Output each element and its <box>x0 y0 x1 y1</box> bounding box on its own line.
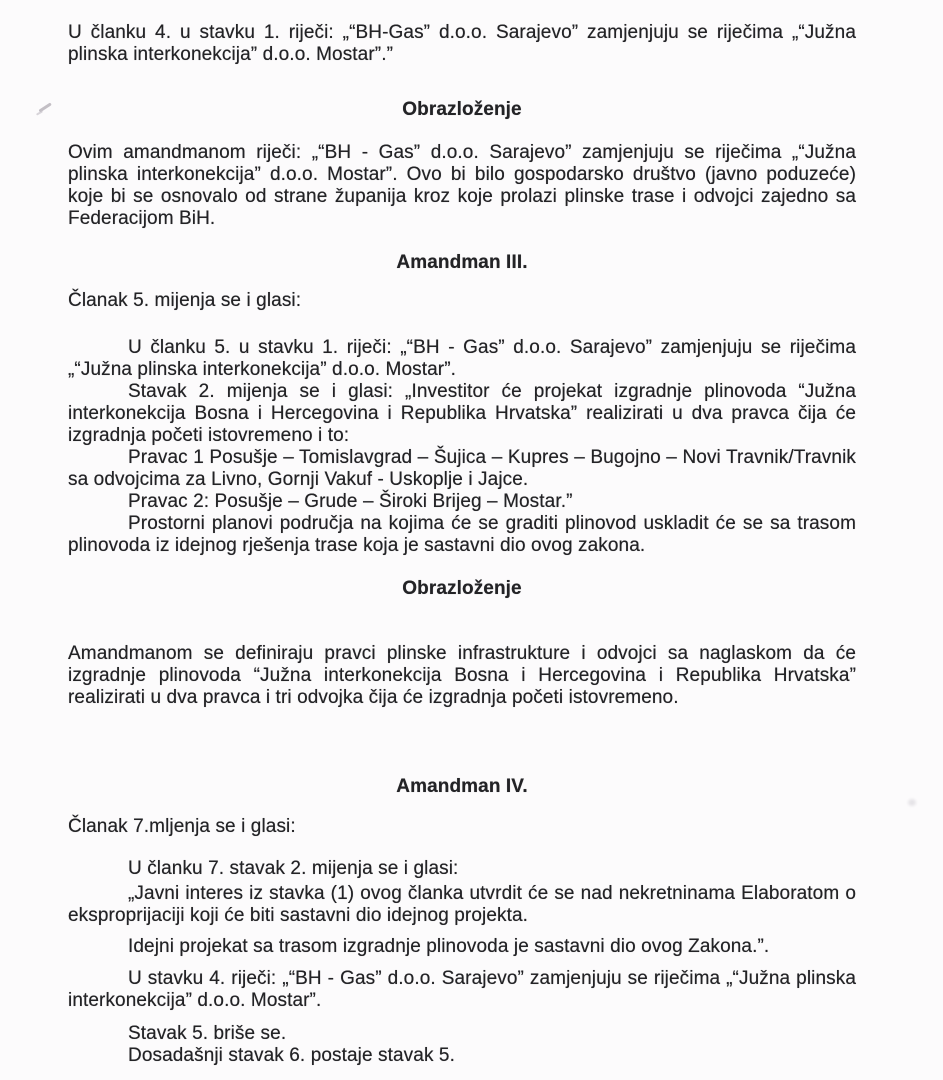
document-body: U članku 4. u stavku 1. riječi: „“BH-Gas… <box>68 14 856 1067</box>
heading-amandman-3: Amandman III. <box>68 252 856 274</box>
paragraph-idejni-projekat: Idejni projekat sa trasom izgradnje plin… <box>68 936 856 958</box>
paragraph-clanak-5-intro: Članak 5. mijenja se i glasi: <box>68 290 856 312</box>
paragraph-stavak-4: U stavku 4. riječi: „“BH - Gas” d.o.o. S… <box>68 968 856 1012</box>
paragraph-amandman2-text: U članku 4. u stavku 1. riječi: „“BH-Gas… <box>68 22 856 66</box>
paragraph-pravac-1: Pravac 1 Posušje – Tomislavgrad – Šujica… <box>68 447 856 491</box>
heading-obrazlozenje-2: Obrazloženje <box>68 578 856 600</box>
heading-obrazlozenje-1: Obrazloženje <box>68 99 856 121</box>
heading-amandman-4: Amandman IV. <box>68 776 856 798</box>
paragraph-prostorni-planovi: Prostorni planovi područja na kojima će … <box>68 513 856 557</box>
paragraph-stavak-5: Stavak 5. briše se. <box>68 1023 856 1045</box>
dust-speck <box>908 799 916 806</box>
paragraph-stavak-6: Dosadašnji stavak 6. postaje stavak 5. <box>68 1045 856 1067</box>
paragraph-javni-interes: „Javni interes iz stavka (1) ovog članka… <box>68 883 856 927</box>
paragraph-pravac-2: Pravac 2: Posušje – Grude – Široki Brije… <box>68 491 856 513</box>
pen-mark-secondary <box>36 110 43 115</box>
paragraph-clanak-5-stavak-1: U članku 5. u stavku 1. riječi: „“BH - G… <box>68 337 856 381</box>
paragraph-clanak-7-intro: Članak 7.mljenja se i glasi: <box>68 816 856 838</box>
paragraph-clanak-7-stavak-2: U članku 7. stavak 2. mijenja se i glasi… <box>68 858 856 880</box>
paragraph-stavak-2: Stavak 2. mijenja se i glasi: „Investito… <box>68 381 856 447</box>
scanned-document-page: U članku 4. u stavku 1. riječi: „“BH-Gas… <box>0 0 943 1080</box>
paragraph-obrazlozenje-1-text: Ovim amandmanom riječi: „“BH - Gas” d.o.… <box>68 142 856 230</box>
paragraph-obrazlozenje-2-text: Amandmanom se definiraju pravci plinske … <box>68 643 856 709</box>
